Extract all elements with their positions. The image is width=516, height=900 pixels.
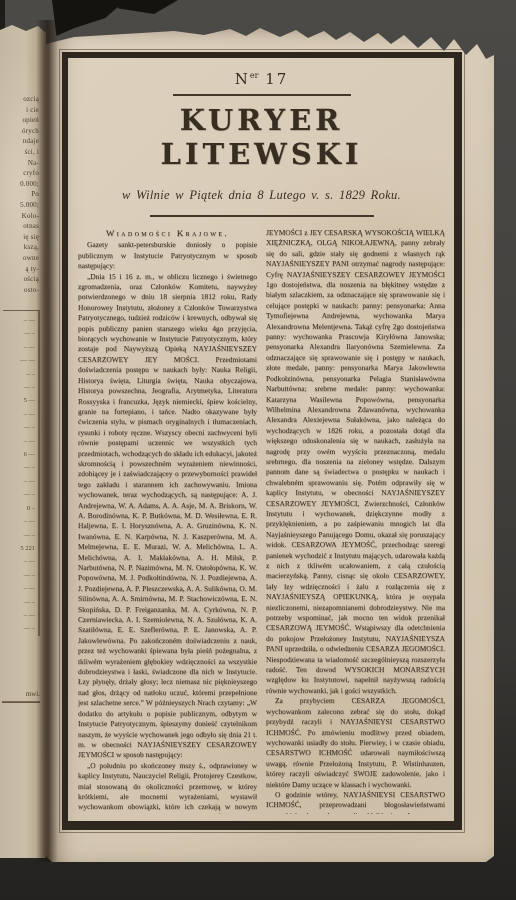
previous-page-edge: ozcią i cie opień órych ndaje ści, i Na-… [0,22,46,858]
previous-page-bottom-text: mwi. [26,690,40,698]
paragraph: Gazety sankt-petersburskie doniosły o po… [78,240,257,271]
paragraph: JEYMOŚCI z JEY CESARSKĄ WYSOKOŚCIĄ WIELK… [266,228,445,696]
newspaper-page: Ner 17 KURYER LITEWSKI w Wilnie w Piątek… [46,24,494,862]
column-left: Wiadomości Krajowe. Gazety sankt-petersb… [78,228,257,814]
previous-page-bottom-fragment: mwi. [2,690,40,704]
binding-shadow-small [118,0,178,14]
scanned-book-photo: ozcią i cie opień órych ndaje ści, i Na-… [0,0,516,900]
issue-value: 17 [265,70,288,88]
dateline: w Wilnie w Piątek dnia 8 Lutego v. s. 18… [78,188,445,203]
page-border-frame: Ner 17 KURYER LITEWSKI w Wilnie w Piątek… [62,52,462,830]
previous-page-table-fragment: – — — – – — — — – – — – 5 — – — — – – — … [3,310,40,636]
column-right: JEYMOŚCI z JEY CESARSKĄ WYSOKOŚCIĄ WIELK… [266,228,445,814]
paragraph: „Dnia 15 i 16 z. m., w obliczu licznego … [78,272,257,761]
masthead-rule-top [173,94,351,96]
issue-label: N [235,70,250,88]
paragraph: O godzinie wtórey, NAYJAŚNIEYSI CESARSTW… [266,790,445,814]
article-columns: Wiadomości Krajowe. Gazety sankt-petersb… [78,228,445,814]
masthead-rule-bottom [150,215,374,217]
previous-page-rule [2,701,40,703]
binding-shadow [52,0,126,36]
issue-ordinal: er [250,71,259,80]
previous-page-text-fragment: ozcią i cie opień órych ndaje ści, i Na-… [2,94,39,295]
paragraph: „O południu po skończoney mszy ś., odpra… [78,761,257,814]
paragraph: Za przybyciem CESARZA JEGOMOŚCI, wychowa… [266,696,445,790]
issue-number: Ner 17 [78,70,445,88]
section-heading: Wiadomości Krajowe. [78,228,257,238]
newspaper-title: KURYER LITEWSKI [78,103,445,171]
